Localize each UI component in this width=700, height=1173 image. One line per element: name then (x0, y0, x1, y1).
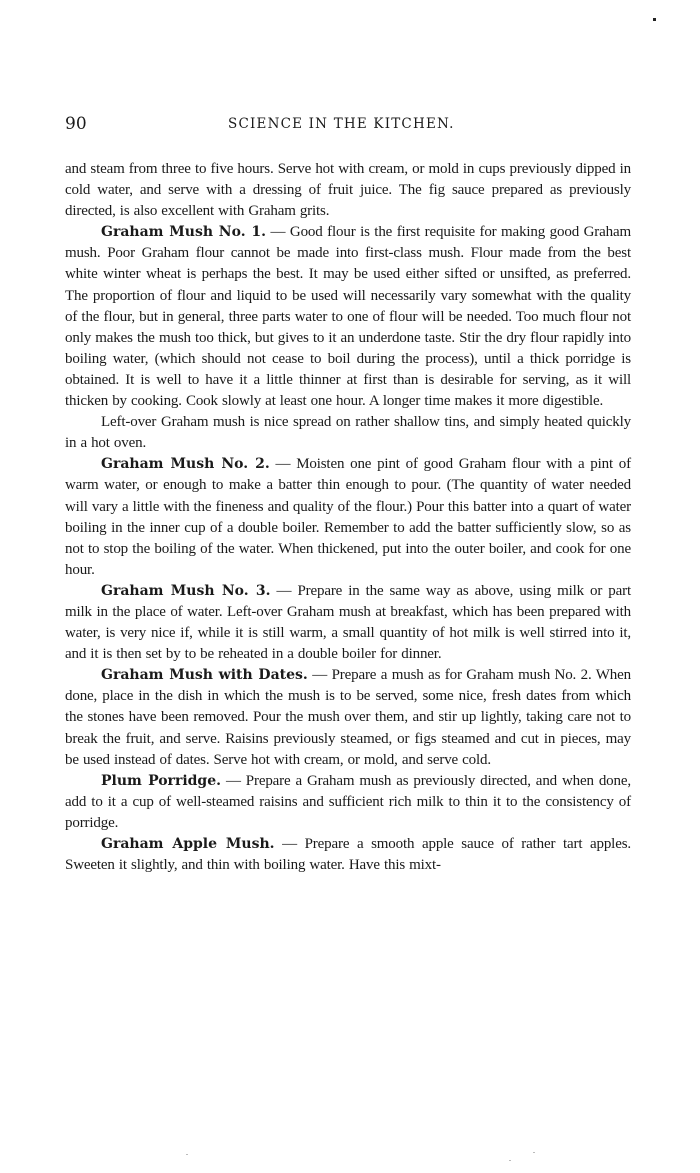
recipe-heading: Graham Mush No. 3. (101, 583, 271, 599)
scan-speck (186, 1154, 188, 1155)
book-page: 90 SCIENCE IN THE KITCHEN. and steam fro… (0, 0, 700, 1173)
separator: — (271, 583, 298, 599)
paragraph-graham-mush-2: Graham Mush No. 2. — Moisten one pint of… (65, 454, 631, 581)
paragraph-text: Left-over Graham mush is nice spread on … (65, 414, 631, 451)
separator: — (308, 667, 332, 683)
paragraph-text: and steam from three to five hours. Serv… (65, 161, 631, 219)
scan-speck (509, 1160, 511, 1161)
paragraph-text: Good flour is the first requisite for ma… (65, 224, 631, 409)
paragraph-graham-mush-1: Graham Mush No. 1. — Good flour is the f… (65, 222, 631, 412)
separator: — (221, 773, 246, 789)
scan-speck (533, 1152, 535, 1153)
separator: — (275, 836, 305, 852)
paragraph-graham-mush-3: Graham Mush No. 3. — Prepare in the same… (65, 581, 631, 665)
scan-speck (653, 18, 656, 21)
page-number: 90 (65, 114, 87, 134)
body-text: and steam from three to five hours. Serv… (65, 159, 631, 876)
paragraph-left-over-mush: Left-over Graham mush is nice spread on … (65, 412, 631, 454)
paragraph-text: Moisten one pint of good Graham flour wi… (65, 456, 631, 577)
recipe-heading: Graham Mush No. 1. (101, 224, 266, 240)
paragraph-graham-mush-dates: Graham Mush with Dates. — Prepare a mush… (65, 665, 631, 770)
recipe-heading: Graham Mush No. 2. (101, 456, 270, 472)
paragraph-continuation: and steam from three to five hours. Serv… (65, 159, 631, 222)
paragraph-graham-apple-mush: Graham Apple Mush. — Prepare a smooth ap… (65, 834, 631, 876)
recipe-heading: Plum Porridge. (101, 773, 221, 789)
recipe-heading: Graham Apple Mush. (101, 836, 275, 852)
separator: — (270, 456, 296, 472)
paragraph-plum-porridge: Plum Porridge. — Prepare a Graham mush a… (65, 771, 631, 834)
running-head-title: SCIENCE IN THE KITCHEN. (228, 116, 455, 132)
running-head: 90 SCIENCE IN THE KITCHEN. (65, 114, 630, 136)
recipe-heading: Graham Mush with Dates. (101, 667, 308, 683)
separator: — (266, 224, 290, 240)
